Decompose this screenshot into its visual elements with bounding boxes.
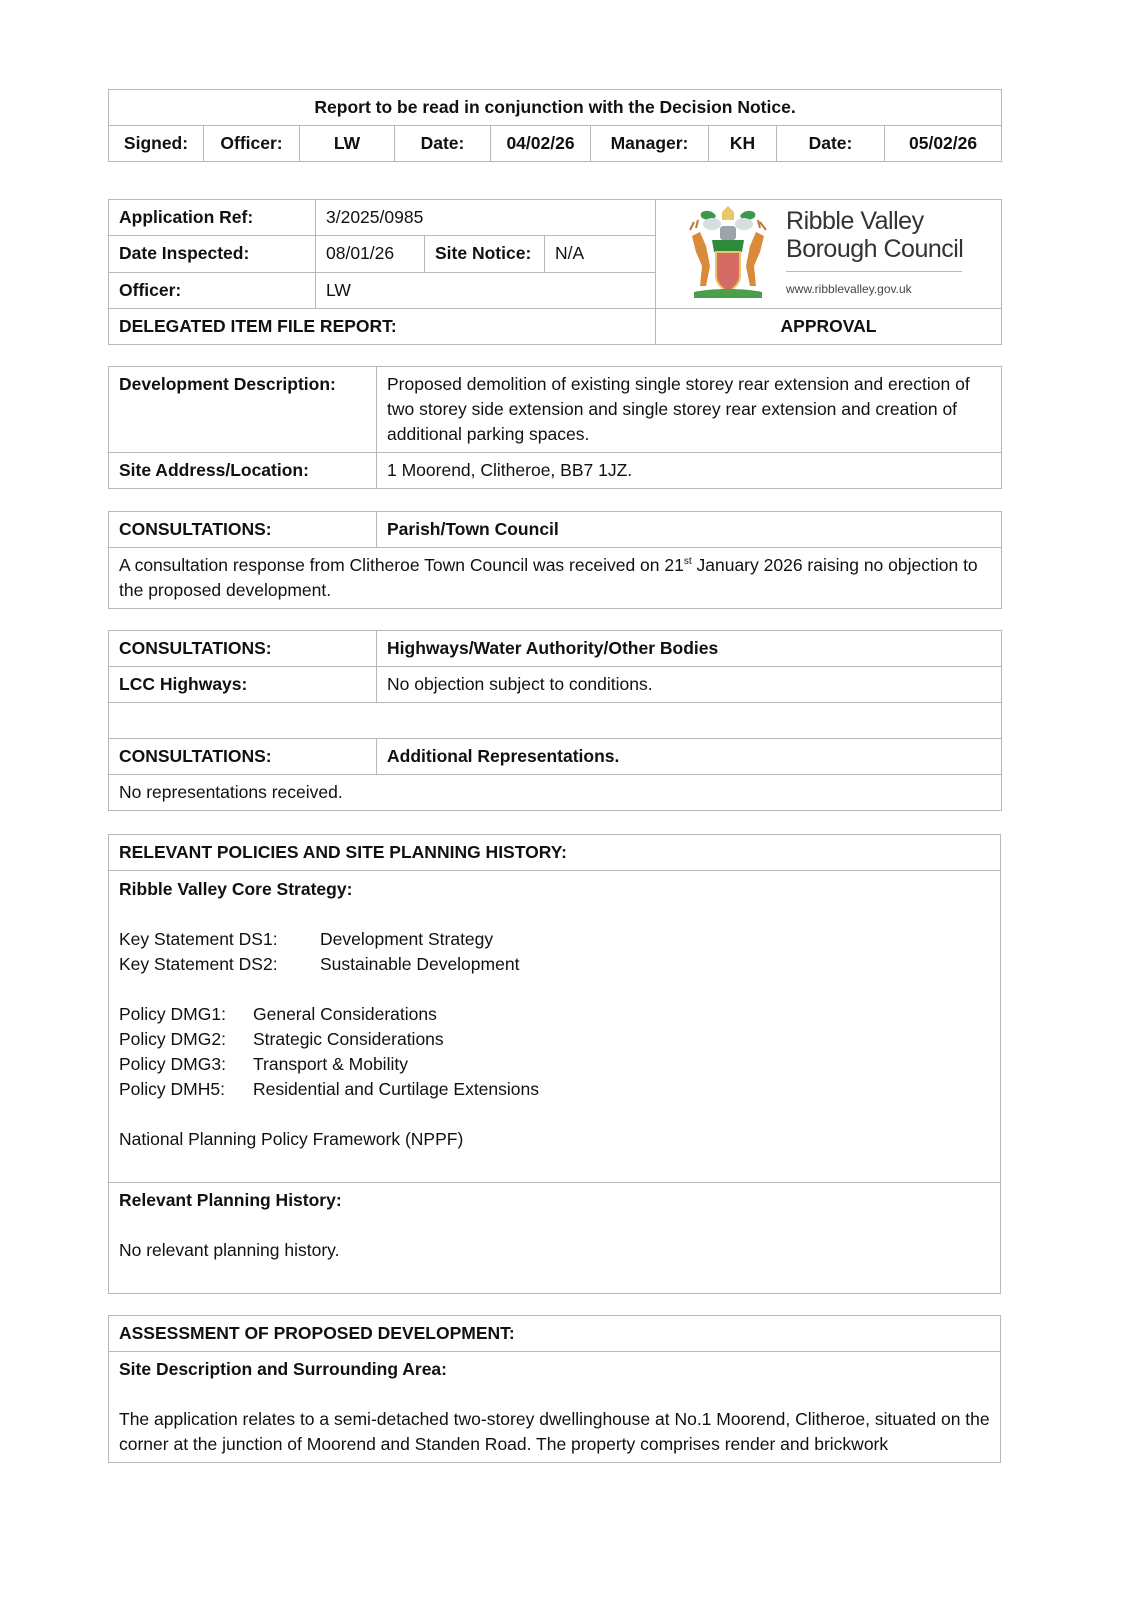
empty-row	[109, 703, 1002, 739]
policies-table: RELEVANT POLICIES AND SITE PLANNING HIST…	[108, 834, 1001, 1294]
policy-line: Policy DMG1:General Considerations	[119, 1002, 990, 1027]
policy-line: Policy DMG2:Strategic Considerations	[119, 1027, 990, 1052]
lcc-highways-label: LCC Highways:	[109, 667, 377, 703]
consultation-highways-table: CONSULTATIONS: Highways/Water Authority/…	[108, 630, 1002, 811]
development-table: Development Description: Proposed demoli…	[108, 366, 1002, 489]
manager-label: Manager:	[591, 126, 709, 162]
policy-title: Residential and Curtilage Extensions	[253, 1077, 539, 1102]
council-url: www.ribblevalley.gov.uk	[786, 277, 963, 302]
additional-representations-heading: Additional Representations.	[377, 739, 1002, 775]
consultations-label: CONSULTATIONS:	[109, 739, 377, 775]
response-text-part: A consultation response from Clitheroe T…	[119, 555, 684, 575]
policy-code: Policy DMG2:	[119, 1027, 253, 1052]
planning-history-text: No relevant planning history.	[119, 1238, 990, 1263]
nppf-reference: National Planning Policy Framework (NPPF…	[119, 1127, 990, 1152]
officer-date-label: Date:	[395, 126, 491, 162]
policy-code: Key Statement DS1:	[119, 927, 320, 952]
policy-title: Strategic Considerations	[253, 1027, 444, 1052]
signed-label: Signed:	[109, 126, 204, 162]
key-statements-list: Key Statement DS1:Development StrategyKe…	[119, 927, 990, 977]
consultation-parish-table: CONSULTATIONS: Parish/Town Council A con…	[108, 511, 1002, 609]
manager-initials: KH	[709, 126, 777, 162]
signoff-table: Report to be read in conjunction with th…	[108, 89, 1002, 162]
application-ref-label: Application Ref:	[109, 200, 316, 236]
assessment-table: ASSESSMENT OF PROPOSED DEVELOPMENT: Site…	[108, 1315, 1001, 1463]
policy-line: Policy DMG3:Transport & Mobility	[119, 1052, 990, 1077]
date-inspected-value: 08/01/26	[316, 236, 425, 272]
policy-title: Sustainable Development	[320, 952, 519, 977]
development-description-label: Development Description:	[109, 367, 377, 453]
site-description-section: Site Description and Surrounding Area: T…	[109, 1352, 1001, 1463]
site-address-label: Site Address/Location:	[109, 453, 377, 489]
officer-initials: LW	[300, 126, 395, 162]
development-description-value: Proposed demolition of existing single s…	[377, 367, 1002, 453]
policies-body: Ribble Valley Core Strategy: Key Stateme…	[109, 871, 1001, 1183]
consultations-label: CONSULTATIONS:	[109, 631, 377, 667]
policies-heading: RELEVANT POLICIES AND SITE PLANNING HIST…	[109, 835, 1001, 871]
parish-council-heading: Parish/Town Council	[377, 512, 1002, 548]
core-strategy-heading: Ribble Valley Core Strategy:	[119, 877, 990, 902]
council-name-line1: Ribble Valley	[786, 207, 963, 235]
logo-divider	[786, 271, 962, 272]
policy-line: Key Statement DS1:Development Strategy	[119, 927, 990, 952]
policy-list: Policy DMG1:General ConsiderationsPolicy…	[119, 1002, 990, 1102]
policy-title: General Considerations	[253, 1002, 437, 1027]
site-description-text: The application relates to a semi-detach…	[119, 1407, 990, 1457]
ordinal-suffix: st	[684, 556, 692, 567]
lcc-highways-response: No objection subject to conditions.	[377, 667, 1002, 703]
date-inspected-label: Date Inspected:	[109, 236, 316, 272]
policy-line: Key Statement DS2:Sustainable Developmen…	[119, 952, 990, 977]
council-name-line2: Borough Council	[786, 235, 963, 263]
officer-date: 04/02/26	[491, 126, 591, 162]
policy-title: Transport & Mobility	[253, 1052, 408, 1077]
planning-history-heading: Relevant Planning History:	[119, 1188, 990, 1213]
additional-representations-text: No representations received.	[109, 775, 1002, 811]
manager-date: 05/02/26	[885, 126, 1002, 162]
site-description-heading: Site Description and Surrounding Area:	[119, 1357, 990, 1382]
application-ref-value: 3/2025/0985	[316, 200, 656, 236]
policy-title: Development Strategy	[320, 927, 493, 952]
site-notice-value: N/A	[545, 236, 656, 272]
coat-of-arms-icon	[682, 206, 774, 302]
decision-notice-note: Report to be read in conjunction with th…	[109, 90, 1002, 126]
planning-history-section: Relevant Planning History: No relevant p…	[109, 1183, 1001, 1294]
policy-line: Policy DMH5:Residential and Curtilage Ex…	[119, 1077, 990, 1102]
officer-value: LW	[316, 272, 656, 308]
council-logo: Ribble Valley Borough Council www.ribble…	[656, 200, 1002, 309]
assessment-heading: ASSESSMENT OF PROPOSED DEVELOPMENT:	[109, 1316, 1001, 1352]
decision-badge: APPROVAL	[656, 309, 1002, 345]
site-address-value: 1 Moorend, Clitheroe, BB7 1JZ.	[377, 453, 1002, 489]
policy-code: Policy DMG1:	[119, 1002, 253, 1027]
policy-code: Policy DMH5:	[119, 1077, 253, 1102]
policy-code: Key Statement DS2:	[119, 952, 320, 977]
application-table: Application Ref: 3/2025/0985	[108, 199, 1002, 345]
manager-date-label: Date:	[777, 126, 885, 162]
highways-heading: Highways/Water Authority/Other Bodies	[377, 631, 1002, 667]
site-notice-label: Site Notice:	[425, 236, 545, 272]
consultations-label: CONSULTATIONS:	[109, 512, 377, 548]
officer-label: Officer:	[109, 272, 316, 308]
parish-council-response: A consultation response from Clitheroe T…	[109, 548, 1002, 609]
report-type: DELEGATED ITEM FILE REPORT:	[109, 309, 656, 345]
officer-label: Officer:	[204, 126, 300, 162]
policy-code: Policy DMG3:	[119, 1052, 253, 1077]
